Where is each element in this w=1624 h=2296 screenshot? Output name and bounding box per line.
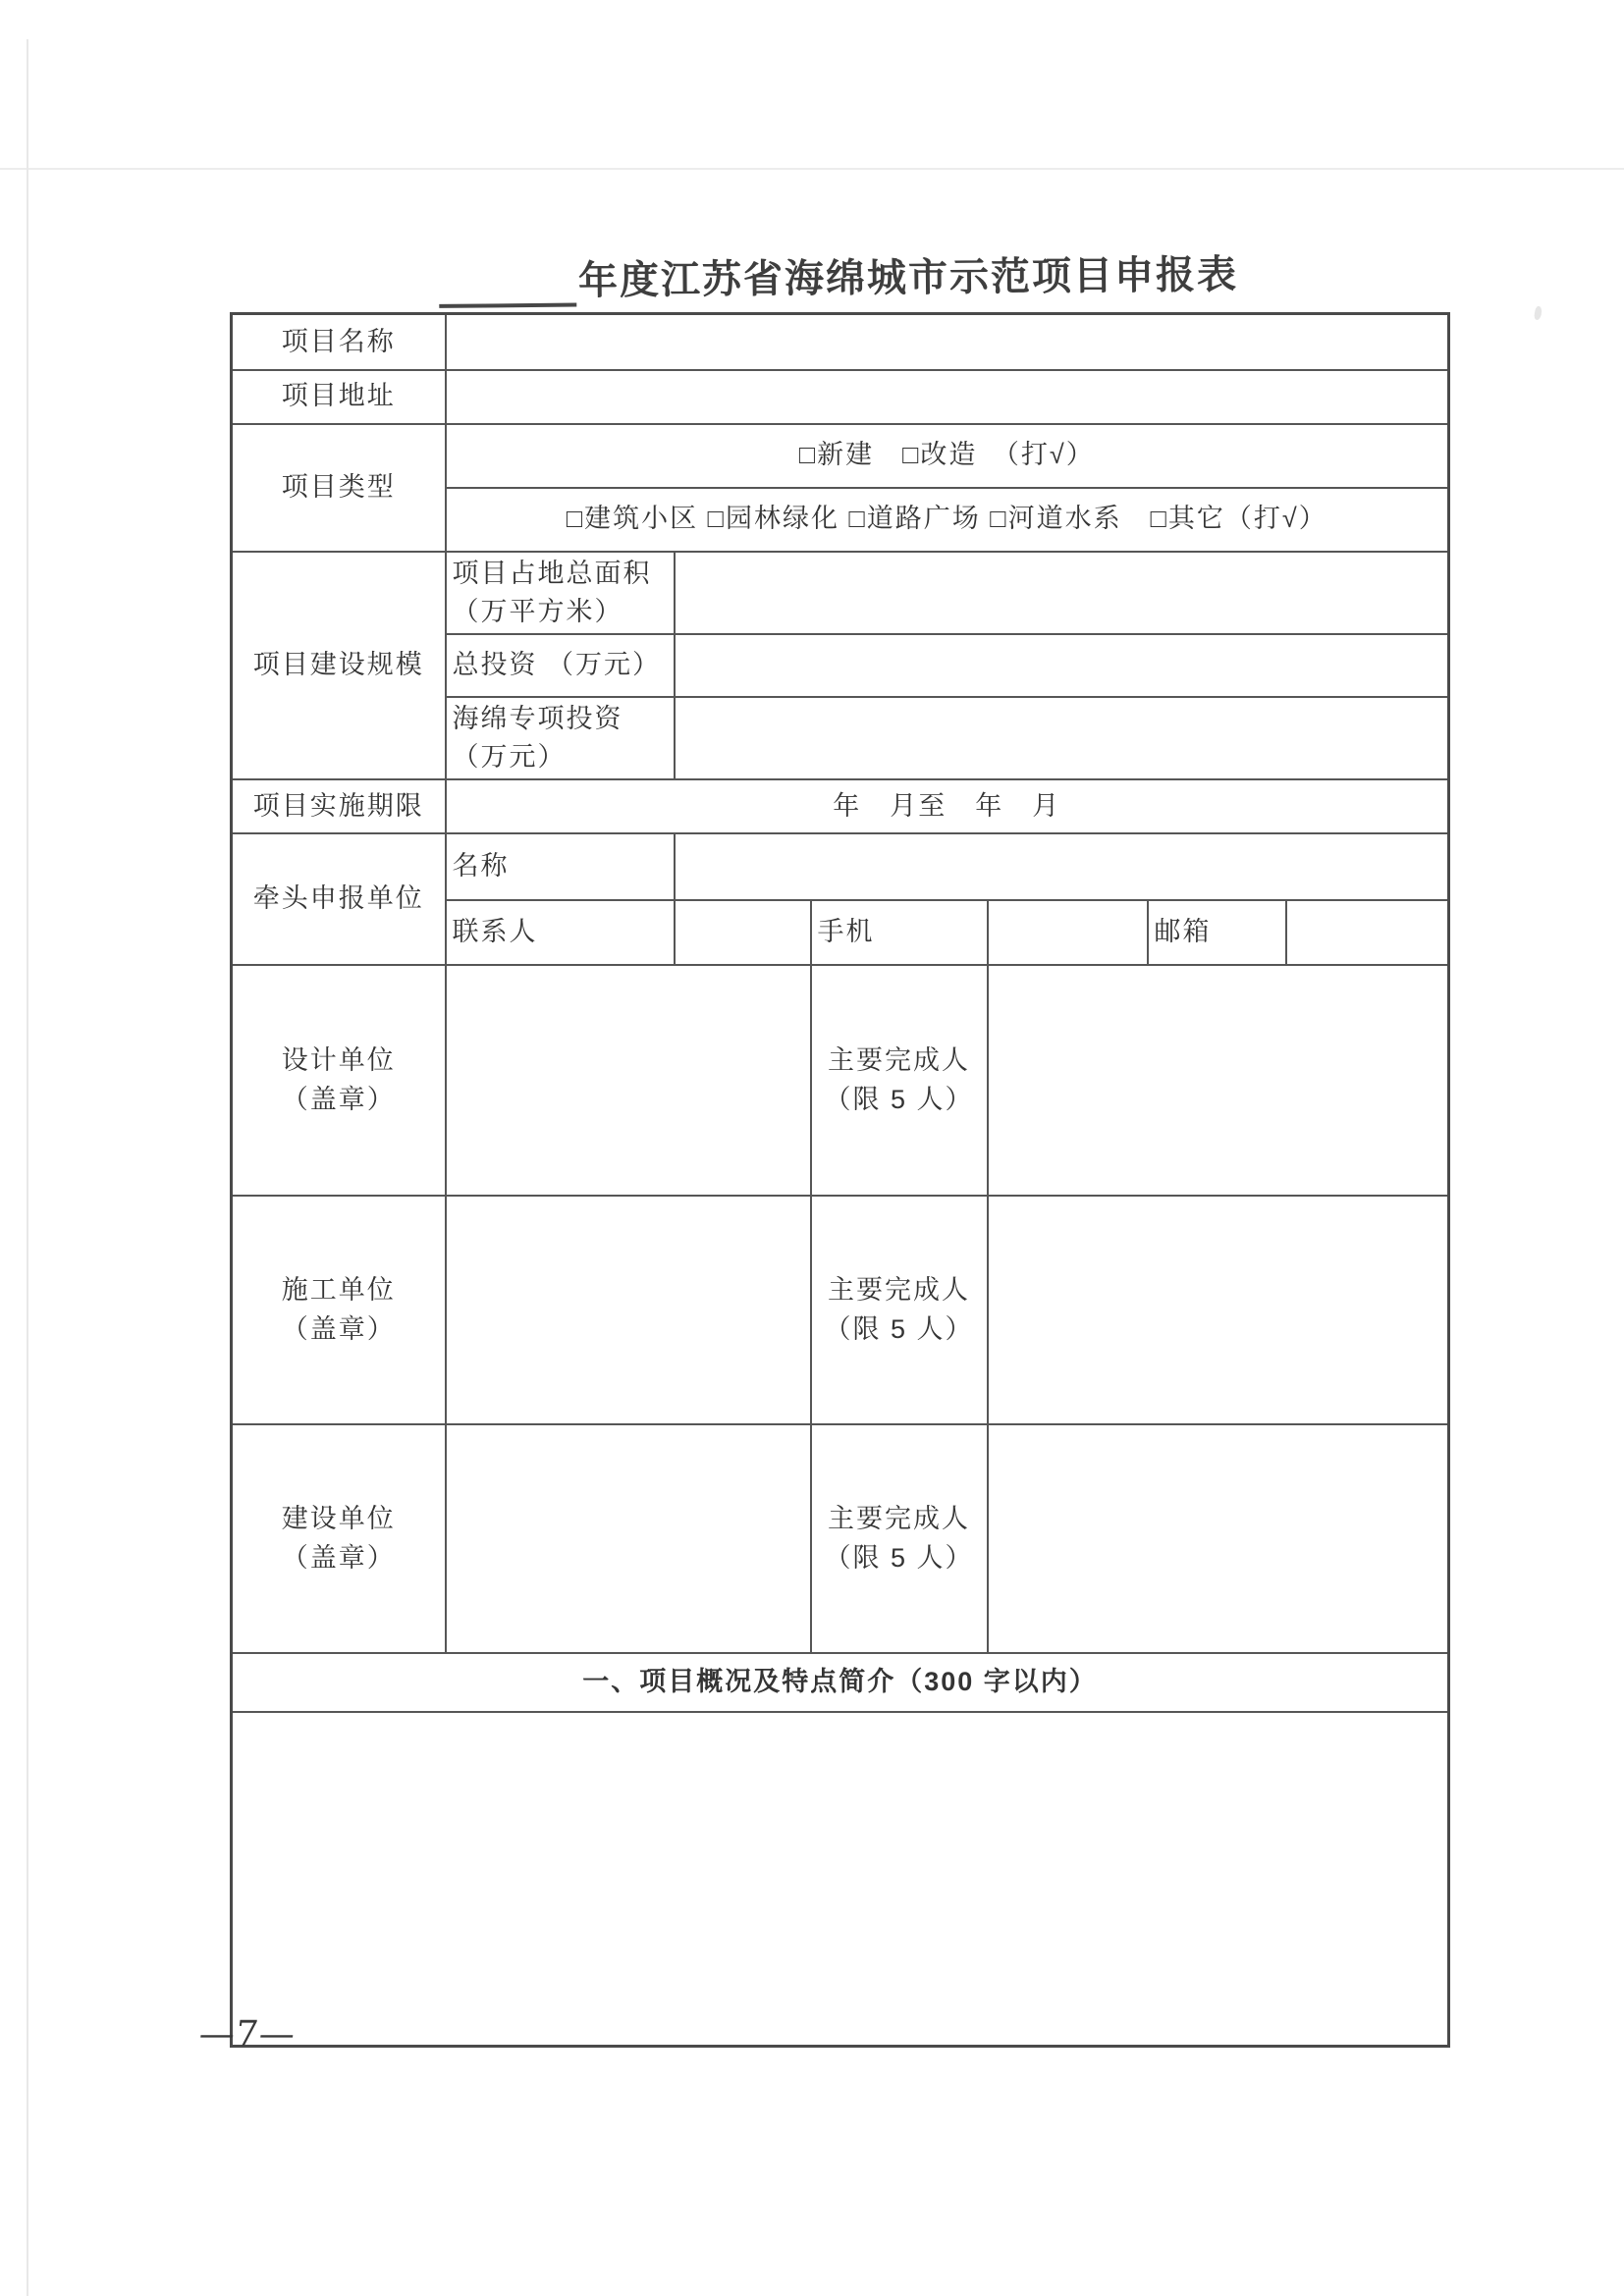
period-label: 项目实施期限 — [232, 779, 446, 833]
page-number: —7— — [197, 2014, 298, 2055]
lead-unit-name-label: 名称 — [446, 833, 675, 900]
document-title: 年度江苏省海绵城市示范项目申报表 — [230, 238, 1448, 310]
scale-sponge-investment-label: 海绵专项投资 （万元） — [446, 697, 675, 779]
project-name-label: 项目名称 — [232, 314, 446, 370]
construction-unit-completer-label: 主要完成人 （限 5 人） — [811, 1196, 988, 1424]
row-section1-header: 一、项目概况及特点简介（300 字以内） — [232, 1653, 1449, 1712]
row-construction-unit: 施工单位 （盖章） 主要完成人 （限 5 人） — [232, 1196, 1449, 1424]
build-unit-label: 建设单位 （盖章） — [232, 1424, 446, 1653]
construction-unit-completers-cell — [988, 1196, 1449, 1424]
scale-label: 项目建设规模 — [232, 552, 446, 780]
build-unit-completer-label: 主要完成人 （限 5 人） — [811, 1424, 988, 1653]
build-unit-completers-cell — [988, 1424, 1449, 1653]
design-unit-completers-cell — [988, 965, 1449, 1196]
project-type-label: 项目类型 — [232, 424, 446, 552]
row-period: 项目实施期限 年 月至 年 月 — [232, 779, 1449, 833]
project-address-value-cell — [446, 370, 1449, 424]
lead-unit-email-value-cell — [1286, 900, 1449, 965]
design-unit-label: 设计单位 （盖章） — [232, 965, 446, 1196]
lead-unit-label: 牵头申报单位 — [232, 833, 446, 965]
construction-unit-seal-cell — [446, 1196, 811, 1424]
lead-unit-email-label: 邮箱 — [1148, 900, 1286, 965]
scale-sponge-investment-value-cell — [675, 697, 1449, 779]
row-scale-area: 项目建设规模 项目占地总面积 （万平方米） — [232, 552, 1449, 634]
section1-content-cell — [232, 1712, 1449, 2046]
scan-artifact — [1534, 305, 1543, 320]
row-section1-content — [232, 1712, 1449, 2046]
design-unit-completer-label: 主要完成人 （限 5 人） — [811, 965, 988, 1196]
lead-unit-mobile-label: 手机 — [811, 900, 988, 965]
row-project-name: 项目名称 — [232, 314, 1449, 370]
project-name-value-cell — [446, 314, 1449, 370]
scale-investment-label: 总投资 （万元） — [446, 634, 675, 697]
row-build-unit: 建设单位 （盖章） 主要完成人 （限 5 人） — [232, 1424, 1449, 1653]
project-type-new-rebuild-options: □新建 □改造 （打√） — [446, 424, 1449, 488]
period-value-cell: 年 月至 年 月 — [446, 779, 1449, 833]
row-design-unit: 设计单位 （盖章） 主要完成人 （限 5 人） — [232, 965, 1449, 1196]
page-title: 年度江苏省海绵城市示范项目申报表 — [578, 249, 1238, 306]
lead-unit-name-value-cell — [675, 833, 1449, 900]
application-form-table: 项目名称 项目地址 项目类型 □新建 □改造 （打√） □建筑小区 □园林绿化 … — [230, 312, 1450, 2048]
design-unit-seal-cell — [446, 965, 811, 1196]
construction-unit-label: 施工单位 （盖章） — [232, 1196, 446, 1424]
scale-area-value-cell — [675, 552, 1449, 634]
section1-header: 一、项目概况及特点简介（300 字以内） — [232, 1653, 1449, 1712]
scan-edge-horizontal-line — [0, 168, 1624, 170]
row-project-address: 项目地址 — [232, 370, 1449, 424]
project-address-label: 项目地址 — [232, 370, 446, 424]
scale-investment-value-cell — [675, 634, 1449, 697]
scale-area-label: 项目占地总面积 （万平方米） — [446, 552, 675, 634]
scan-edge-vertical-line — [27, 39, 28, 2296]
project-type-category-options: □建筑小区 □园林绿化 □道路广场 □河道水系 □其它（打√） — [446, 488, 1449, 552]
lead-unit-contact-value-cell — [675, 900, 811, 965]
lead-unit-mobile-value-cell — [988, 900, 1148, 965]
title-year-blank-line — [439, 260, 576, 308]
row-project-type-1: 项目类型 □新建 □改造 （打√） — [232, 424, 1449, 488]
row-lead-unit-name: 牵头申报单位 名称 — [232, 833, 1449, 900]
lead-unit-contact-label: 联系人 — [446, 900, 675, 965]
build-unit-seal-cell — [446, 1424, 811, 1653]
